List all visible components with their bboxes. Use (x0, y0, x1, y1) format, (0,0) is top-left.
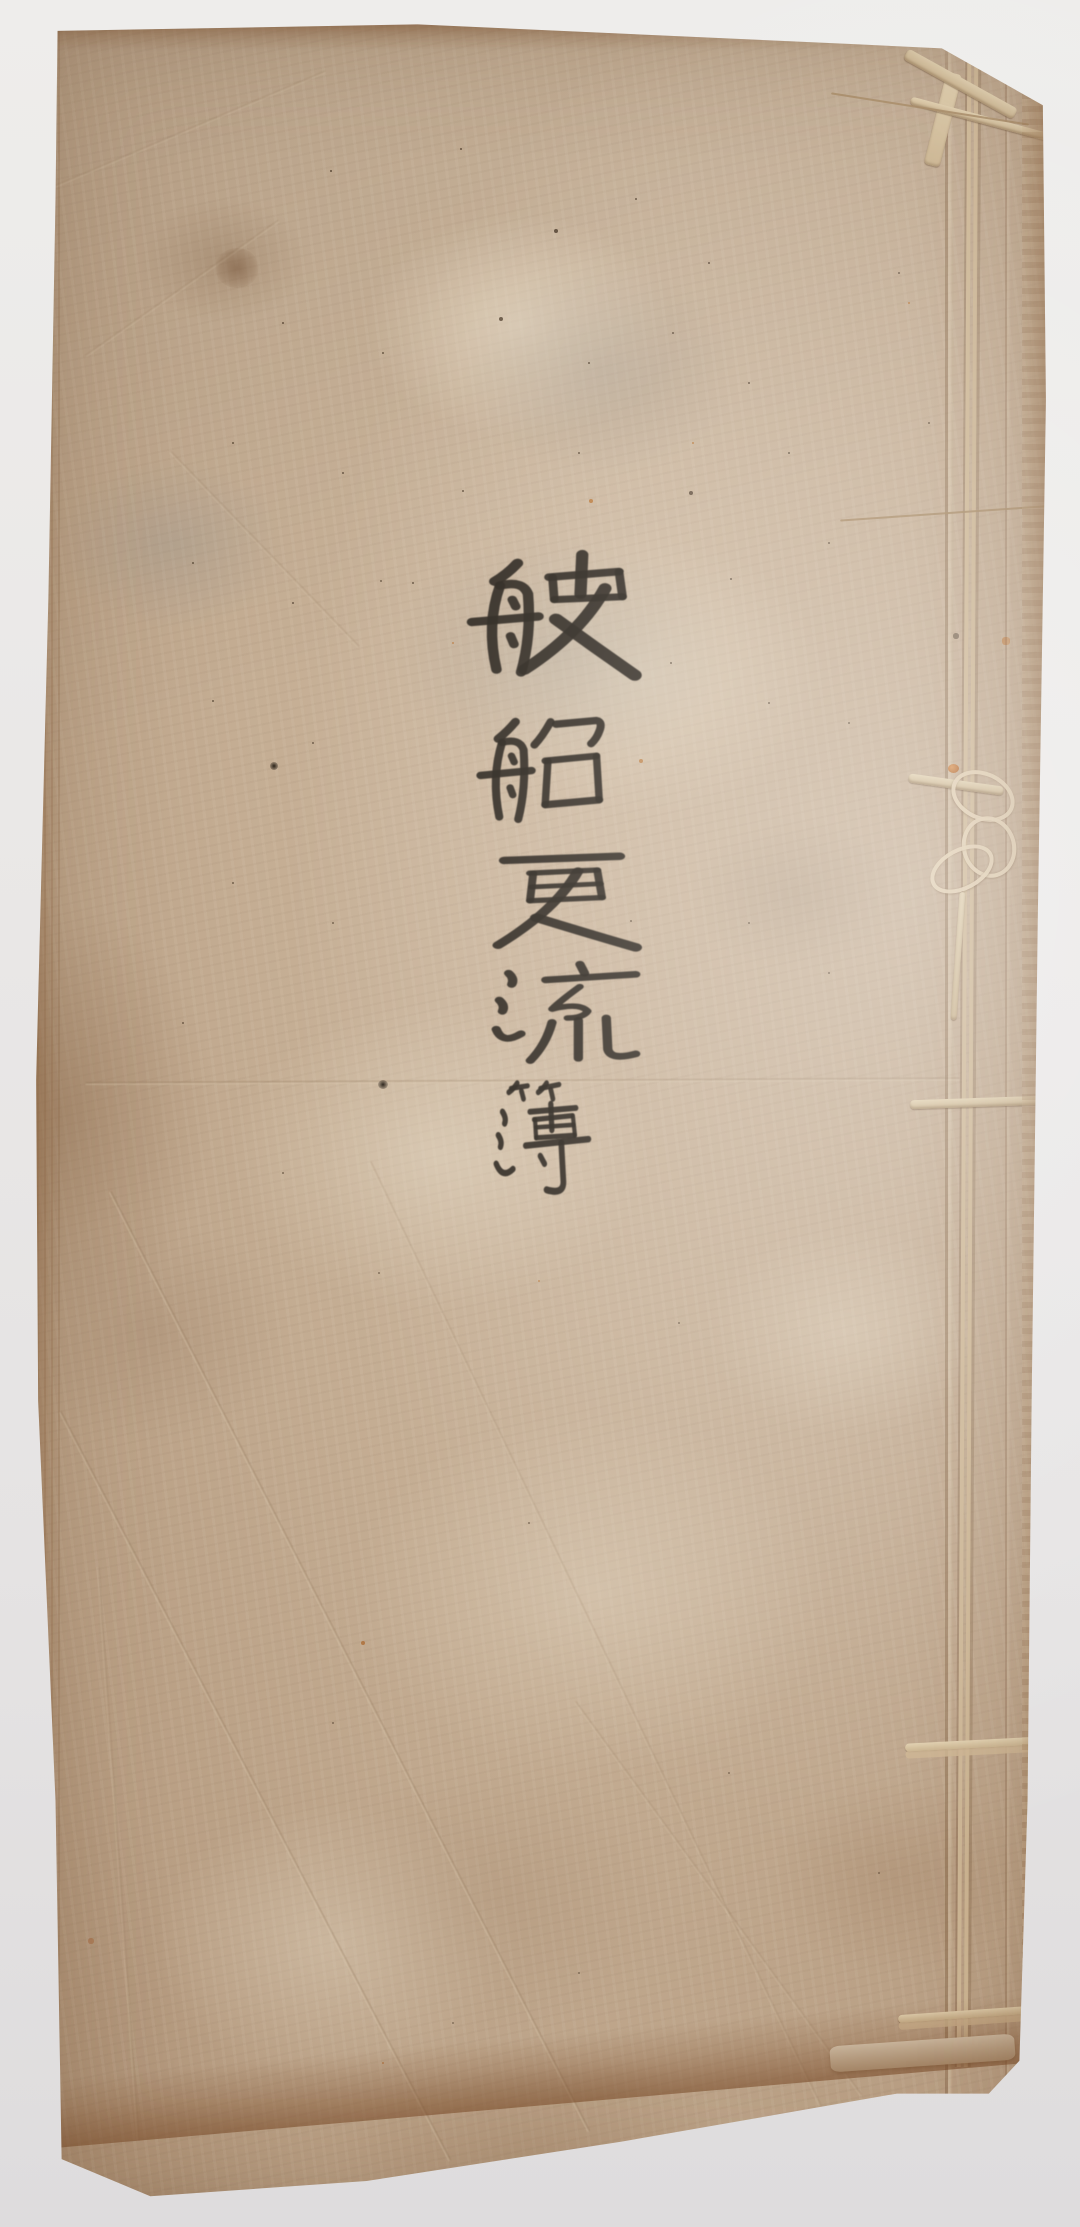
crease-mid-left (169, 450, 360, 648)
crease-horizontal (85, 1077, 960, 1085)
photo-backdrop: 駛船更流簿 (0, 0, 1080, 2227)
corner-tie-band-2 (910, 96, 1059, 143)
paper-light-mottling (30, 20, 1050, 2205)
title-char-2 (480, 721, 600, 820)
title-char-5 (496, 1083, 588, 1191)
crease-diagonal-2 (59, 1411, 452, 2162)
crease-top-left-1 (54, 70, 326, 188)
binding-thread-vertical (957, 62, 971, 2067)
title-char-3 (498, 856, 636, 947)
right-edge-fray (1022, 20, 1050, 2205)
crease-diagonal-1 (109, 1191, 591, 2132)
bottom-edge-rim (14, 1987, 1080, 2151)
knot-loop-3 (922, 834, 1002, 903)
crease-top-left-2 (84, 219, 280, 357)
edge-vignette (30, 20, 1050, 2205)
rust-specks (30, 20, 32, 22)
paper-stain-mottling (30, 20, 1050, 2205)
corner-tie-strap (924, 71, 963, 167)
crease-left-vertical (97, 1566, 140, 2141)
binding-stitch-bottom (898, 2005, 1044, 2023)
ink-spot-large (378, 1080, 388, 1089)
foxing-specks (30, 20, 32, 22)
manuscript-book (30, 20, 1050, 2205)
paper-fiber-texture (30, 20, 1050, 2205)
stain-blotch (215, 248, 259, 288)
edge-ridge-line (1005, 60, 1007, 2136)
page-edge-strip (829, 2034, 1015, 2073)
spine-fold-crease (945, 20, 948, 2205)
ink-spot-small (270, 762, 278, 770)
corner-tie-band-1 (903, 48, 1018, 119)
knot-tail (951, 892, 966, 1020)
knot-loop-1 (943, 760, 1023, 831)
crease-diagonal-4 (574, 1701, 863, 2097)
top-edge-rim (30, 20, 1050, 50)
left-fore-edge (30, 20, 60, 2205)
knot-loop-2 (955, 810, 1023, 884)
knot-cross-band (908, 773, 1004, 795)
title-char-4 (496, 964, 636, 1060)
binding-stitch-mid (910, 1096, 1042, 1110)
rust-bead (948, 764, 959, 773)
crease-diagonal-3 (369, 1161, 822, 2107)
crossing-thread (840, 504, 1058, 521)
binding-stitch-lower (905, 1736, 1047, 1751)
title-char-1 (472, 555, 635, 675)
corner-tie-thread (831, 92, 1029, 125)
book-title-calligraphy (30, 20, 1050, 2205)
